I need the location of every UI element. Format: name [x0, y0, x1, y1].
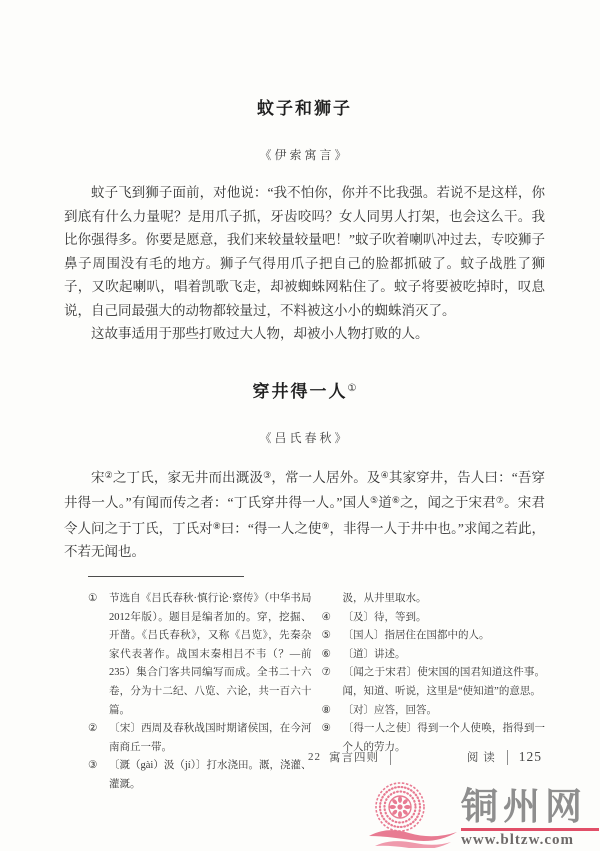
article1-title: 蚊子和狮子: [64, 0, 545, 119]
site-name: 铜州网: [461, 788, 587, 825]
footnote-number: ⑦: [322, 664, 338, 683]
site-watermark: 铜州网 www.bltzw.com: [367, 780, 599, 848]
footnote-number: ③: [88, 757, 104, 776]
lesson-title: 寓言四则: [329, 749, 379, 765]
footnote-marker: ④: [381, 470, 389, 480]
article2-title: 穿井得一人①: [64, 346, 545, 402]
footnote-marker: ⑧: [213, 521, 221, 531]
site-url: www.bltzw.com: [461, 833, 574, 848]
footnote-number: ⑨: [322, 720, 338, 739]
footnote-item: ④〔及〕待，等到。: [322, 609, 546, 628]
seal-icon: [367, 780, 459, 848]
footnote-separator-rule: [88, 576, 244, 577]
footnote-number: ②: [88, 720, 104, 739]
footnote-item: ⑦〔闻之于宋君〕使宋国的国君知道这件事。闻，知道、听说，这里是“使知道”的意思。: [322, 664, 546, 701]
footnote-number: ⑥: [322, 646, 338, 665]
article2-title-footnote-marker: ①: [348, 383, 357, 394]
lesson-number: 22: [308, 751, 321, 763]
footnote-number: ⑤: [322, 627, 338, 646]
article2-paragraph: 宋②之丁氏，家无井而出溉汲③，常一人居外。及④其家穿井，告人曰：“吾穿井得一人。…: [64, 464, 545, 564]
footnote-item: ⑥〔道〕讲述。: [322, 646, 546, 665]
footnote-marker: ⑨: [321, 521, 329, 531]
footnote-marker: ③: [263, 470, 271, 480]
article1-paragraph-2: 这故事适用于那些打败过大人物，却被小人物打败的人。: [64, 322, 545, 346]
footnote-item: ⑧〔对〕应答，回答。: [322, 702, 546, 721]
footnote-number: ④: [322, 609, 338, 628]
article2-source: 《吕氏春秋》: [64, 429, 545, 446]
lesson-info: 22 寓言四则: [308, 749, 402, 765]
page-info: 阅 读 125: [467, 749, 542, 765]
footer-divider: [507, 750, 508, 765]
watermark-text: 铜州网 www.bltzw.com: [461, 788, 599, 848]
footnote-marker: ②: [105, 470, 113, 480]
footer-divider: [390, 750, 391, 765]
article1-source: 《伊索寓言》: [64, 146, 545, 163]
footnote-item: ⑤〔国人〕指居住在国都中的人。: [322, 627, 546, 646]
page-content: 蚊子和狮子 《伊索寓言》 蚊子飞到狮子面前，对他说：“我不怕你，你并不比我强。若…: [64, 0, 545, 564]
footnote-marker: ⑦: [496, 495, 504, 505]
page-number: 125: [519, 749, 542, 765]
footnote-column-left: ①节选自《吕氏春秋·慎行论·察传》（中华书局2012年版）。题目是编者加的。穿，…: [88, 590, 312, 795]
page-footer: 22 寓言四则 阅 读 125: [308, 749, 542, 765]
footnote-item: ③〔溉（gài）汲（jí）〕打水浇田。溉，浇灌、灌溉。: [88, 757, 312, 794]
footnote-item: ①节选自《吕氏春秋·慎行论·察传》（中华书局2012年版）。题目是编者加的。穿，…: [88, 590, 312, 720]
section-label: 阅 读: [467, 749, 496, 765]
article2-title-text: 穿井得一人: [253, 382, 348, 401]
footnote-item: ②〔宋〕西周及春秋战国时期诸侯国，在今河南商丘一带。: [88, 720, 312, 757]
article1-paragraph-1: 蚊子飞到狮子面前，对他说：“我不怕你，你并不比我强。若说不是这样，你到底有什么力…: [64, 181, 545, 322]
footnote-marker: ⑤: [370, 495, 378, 505]
footnote-marker: ⑥: [392, 495, 400, 505]
watermark-rule: [461, 828, 599, 831]
footnote-number: ①: [88, 590, 104, 609]
footnote-continuation: 汲，从井里取水。: [322, 590, 546, 609]
footnote-number: ⑧: [322, 702, 338, 721]
textbook-page: 蚊子和狮子 《伊索寓言》 蚊子飞到狮子面前，对他说：“我不怕你，你并不比我强。若…: [0, 0, 600, 851]
